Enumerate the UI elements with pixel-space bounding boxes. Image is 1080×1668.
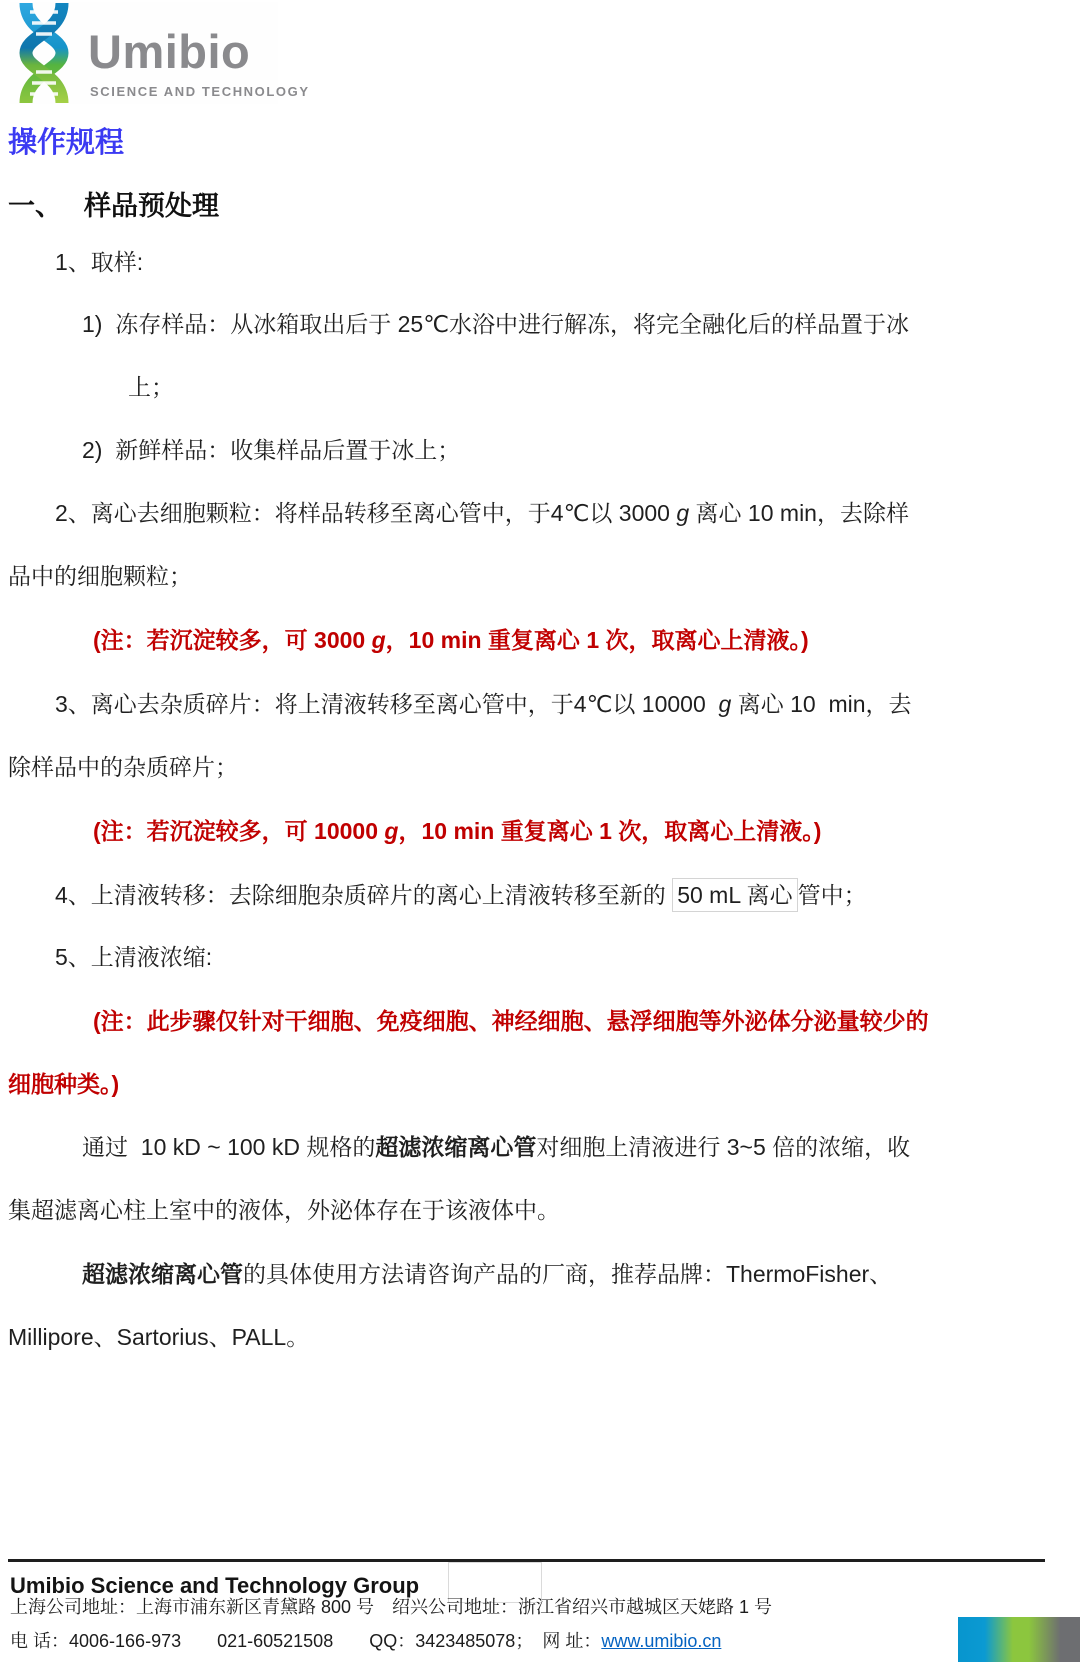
text-line: Millipore、Sartorius、PALL。: [8, 1321, 309, 1353]
text-line: 品中的细胞颗粒；: [8, 560, 192, 592]
text-line: 集超滤离心柱上室中的液体，外泌体存在于该液体中。: [8, 1194, 560, 1226]
brand-tagline: SCIENCE AND TECHNOLOGY: [90, 84, 310, 99]
text-line: 上；: [128, 371, 174, 403]
text-line: 3、离心去杂质碎片：将上清液转移至离心管中，于4℃以 10000 g 离心 10…: [55, 688, 912, 720]
section-heading: 一、样品预处理: [8, 184, 219, 223]
dna-helix-icon: [12, 2, 76, 104]
page-title: 操作规程: [8, 120, 124, 161]
text-line: 1) 冻存样品：从冰箱取出后于 25℃水浴中进行解冻，将完全融化后的样品置于冰: [82, 308, 909, 340]
section-number: 一、: [8, 191, 62, 221]
text-line: 1、取样:: [55, 246, 143, 278]
text-line: 2) 新鲜样品：收集样品后置于冰上；: [82, 434, 460, 466]
text-line: 通过 10 kD ~ 100 kD 规格的超滤浓缩离心管对细胞上清液进行 3~5…: [82, 1131, 910, 1163]
website-link[interactable]: www.umibio.cn: [601, 1631, 721, 1651]
footer-contact-line: 电 话：4006-166-973 021-60521508 QQ：3423485…: [10, 1628, 721, 1654]
brand-name: Umibio: [88, 24, 250, 79]
company-logo: Umibio SCIENCE AND TECHNOLOGY: [10, 2, 278, 104]
text-line: 5、上清液浓缩:: [55, 941, 212, 973]
text-line: (注：若沉淀较多，可 3000 g，10 min 重复离心 1 次，取离心上清液…: [93, 624, 809, 656]
text-line: 细胞种类。): [8, 1068, 119, 1100]
section-title: 样品预处理: [84, 191, 219, 221]
text-line: (注：此步骤仅针对干细胞、免疫细胞、神经细胞、悬浮细胞等外泌体分泌量较少的: [93, 1005, 929, 1037]
text-line: 超滤浓缩离心管的具体使用方法请咨询产品的厂商，推荐品牌：ThermoFisher…: [82, 1258, 892, 1290]
text-line: 2、离心去细胞颗粒：将样品转移至离心管中，于4℃以 3000 g 离心 10 m…: [55, 497, 909, 529]
text-line: 4、上清液转移：去除细胞杂质碎片的离心上清液转移至新的 50 mL 离心管中；: [55, 879, 867, 911]
brand-color-bar: [958, 1617, 1080, 1662]
highlight-box: 50 mL 离心: [672, 878, 797, 912]
text-line: (注：若沉淀较多，可 10000 g，10 min 重复离心 1 次，取离心上清…: [93, 815, 821, 847]
text-line: 除样品中的杂质碎片；: [8, 751, 238, 783]
footer-address-line: 上海公司地址：上海市浦东新区青黛路 800 号 绍兴公司地址：浙江省绍兴市越城区…: [10, 1594, 772, 1620]
